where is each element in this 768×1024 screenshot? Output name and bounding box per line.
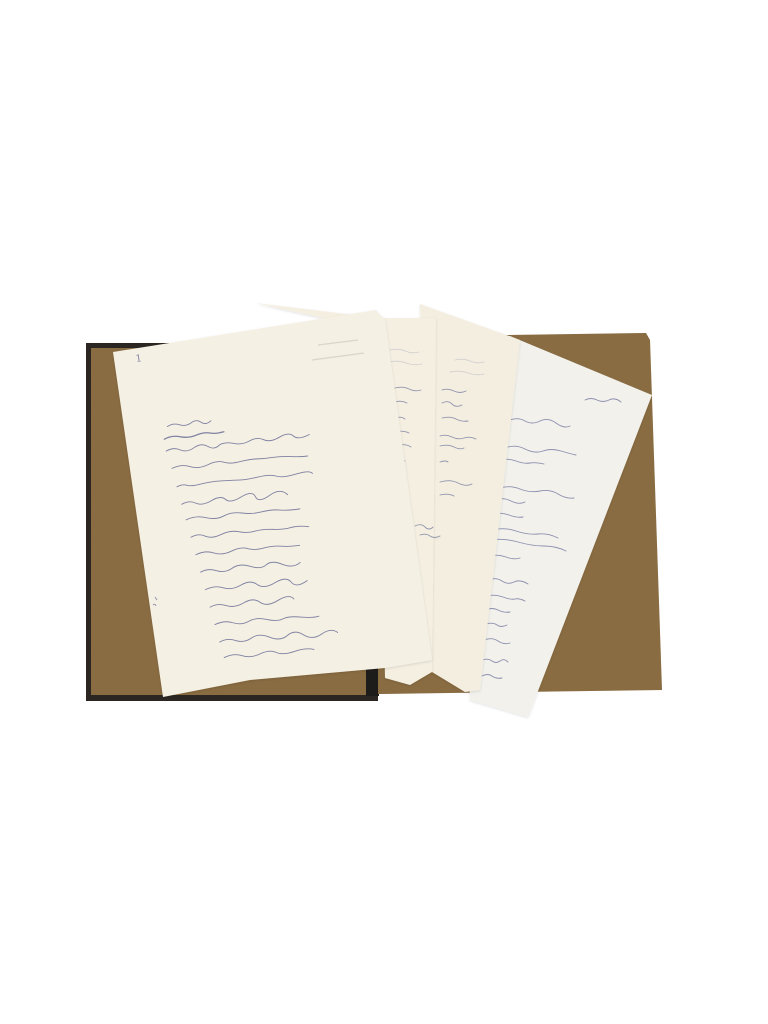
manuscript-photo: 1	[0, 0, 768, 1024]
sheet-1: 1	[113, 310, 432, 697]
sheet-1-paper	[113, 310, 432, 697]
